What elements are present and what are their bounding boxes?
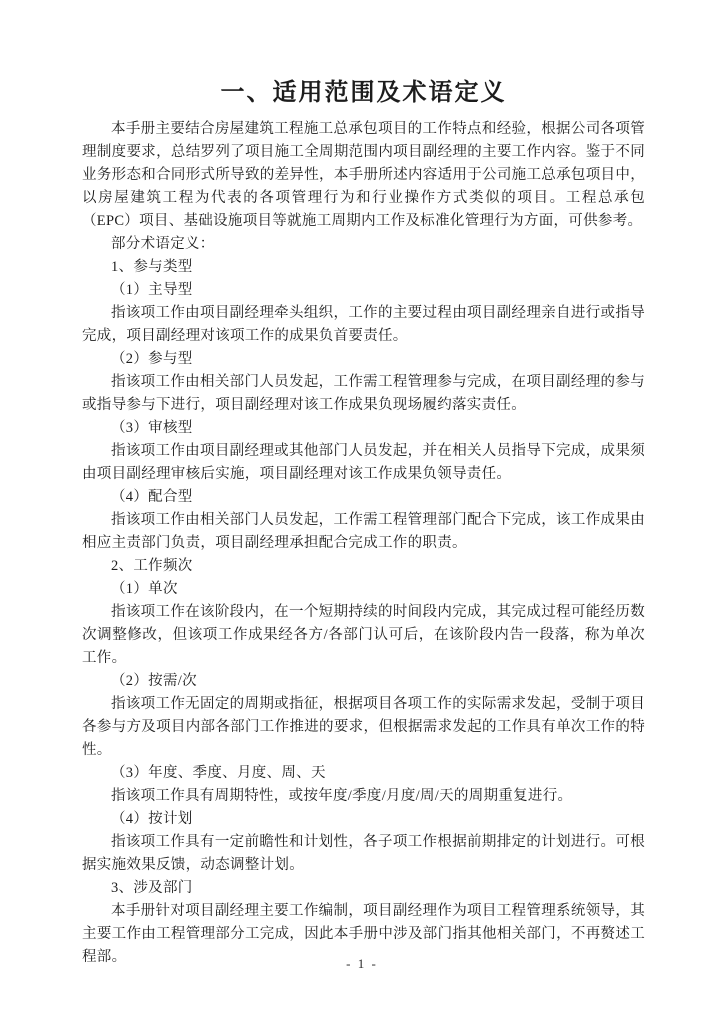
document-page: 一、适用范围及术语定义 本手册主要结合房屋建筑工程施工总承包项目的工作特点和经验… (0, 0, 724, 1024)
term-2-1-definition: 指该项工作在该阶段内，在一个短期持续的时间段内完成，其完成过程可能经历数次调整修… (82, 601, 645, 670)
term-1-1-heading: （1）主导型 (82, 279, 645, 302)
term-1-4-definition: 指该项工作由相关部门人员发起，工作需工程管理部门配合下完成，该工作成果由相应主责… (82, 509, 645, 555)
page-number: - 1 - (0, 956, 724, 972)
term-1-2-definition: 指该项工作由相关部门人员发起，工作需工程管理参与完成，在项目副经理的参与或指导参… (82, 371, 645, 417)
term-2-2-definition: 指该项工作无固定的周期或指征，根据项目各项工作的实际需求发起，受制于项目各参与方… (82, 693, 645, 762)
term-2-2-heading: （2）按需/次 (82, 670, 645, 693)
section-1-heading: 1、参与类型 (82, 256, 645, 279)
page-title: 一、适用范围及术语定义 (82, 78, 645, 108)
intro-paragraph: 本手册主要结合房屋建筑工程施工总承包项目的工作特点和经验，根据公司各项管理制度要… (82, 118, 645, 233)
term-2-3-heading: （3）年度、季度、月度、周、天 (82, 762, 645, 785)
page-content: 一、适用范围及术语定义 本手册主要结合房屋建筑工程施工总承包项目的工作特点和经验… (82, 78, 645, 969)
term-2-1-heading: （1）单次 (82, 578, 645, 601)
term-2-3-definition: 指该项工作具有周期特性，或按年度/季度/月度/周/天的周期重复进行。 (82, 785, 645, 808)
section-2-heading: 2、工作频次 (82, 555, 645, 578)
term-1-3-definition: 指该项工作由项目副经理或其他部门人员发起，并在相关人员指导下完成，成果须由项目副… (82, 440, 645, 486)
term-1-3-heading: （3）审核型 (82, 417, 645, 440)
terms-definitions-label: 部分术语定义： (82, 233, 645, 256)
section-3-heading: 3、涉及部门 (82, 877, 645, 900)
term-2-4-definition: 指该项工作具有一定前瞻性和计划性，各子项工作根据前期排定的计划进行。可根据实施效… (82, 831, 645, 877)
term-2-4-heading: （4）按计划 (82, 808, 645, 831)
term-1-1-definition: 指该项工作由项目副经理牵头组织，工作的主要过程由项目副经理亲自进行或指导完成，项… (82, 302, 645, 348)
term-1-4-heading: （4）配合型 (82, 486, 645, 509)
term-1-2-heading: （2）参与型 (82, 348, 645, 371)
